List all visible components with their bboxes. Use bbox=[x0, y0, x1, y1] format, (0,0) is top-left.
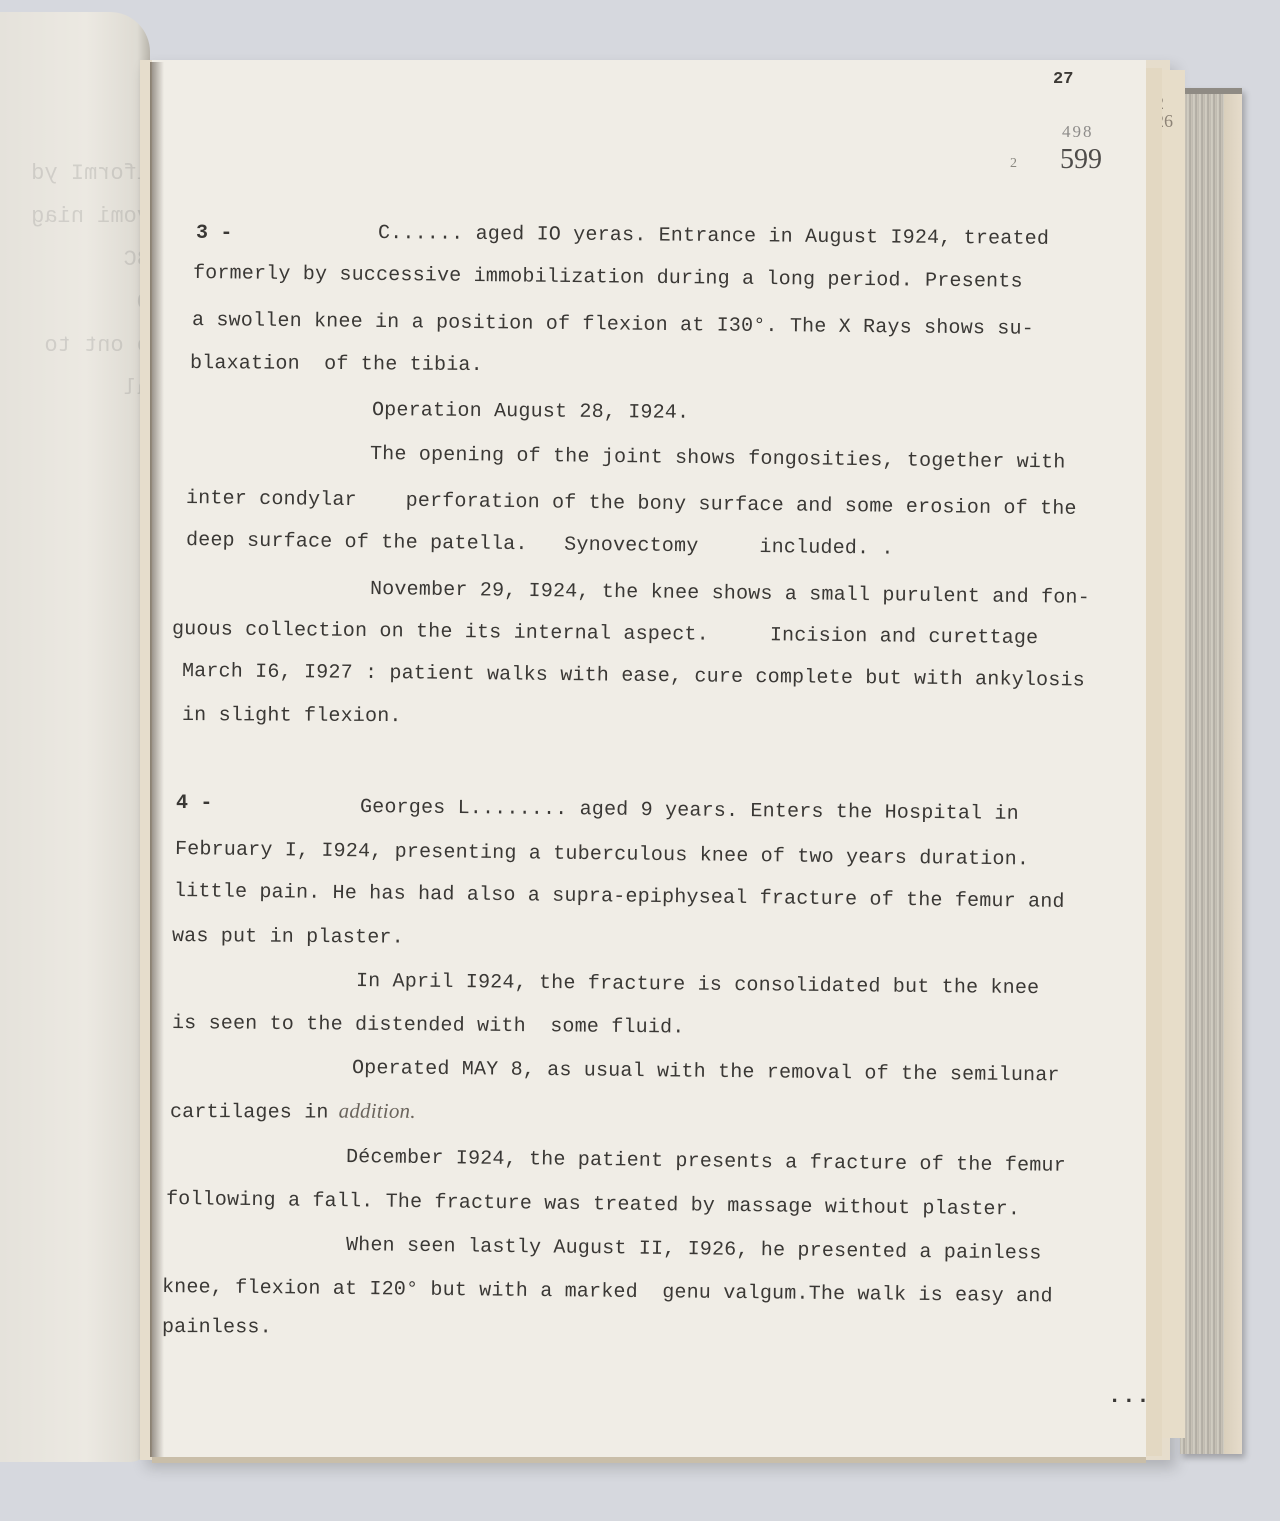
typed-line: in slight flexion. bbox=[182, 704, 402, 728]
spine-shadow bbox=[150, 62, 164, 1457]
typed-text: cartilages in bbox=[170, 1101, 329, 1125]
typed-line: Operation August 28, I924. bbox=[372, 399, 689, 425]
left-page: iformI yd vomi niag 3C O o ont to al bbox=[0, 12, 150, 1462]
typed-line: painless. bbox=[162, 1316, 272, 1339]
folio-mark: 2 bbox=[1010, 156, 1017, 172]
typed-line: cartilages inaddition. bbox=[170, 1098, 416, 1125]
typed-text: painless. bbox=[162, 1316, 272, 1339]
typed-line: is seen to the distended with some fluid… bbox=[172, 1012, 685, 1039]
typed-text: Operation August 28, I924. bbox=[372, 399, 689, 425]
folio-number: 599 bbox=[1060, 144, 1102, 176]
typed-text: was put in plaster. bbox=[172, 925, 404, 950]
typed-text: is seen to the distended with some fluid… bbox=[172, 1012, 685, 1039]
typed-text: blaxation of the tibia. bbox=[190, 352, 483, 377]
case-number: 4 - bbox=[176, 792, 213, 815]
handwritten-annotation: addition. bbox=[339, 1099, 416, 1123]
folio-number-old: 498 bbox=[1062, 122, 1094, 142]
left-page-bleed-through-text: iformI yd vomi niag 3C O o ont to al bbox=[0, 152, 150, 410]
typed-line: was put in plaster. bbox=[172, 925, 404, 950]
continuation-mark: ... bbox=[1108, 1384, 1151, 1409]
page-edges bbox=[1180, 88, 1242, 1454]
typed-text: in slight flexion. bbox=[182, 704, 402, 728]
typed-line: blaxation of the tibia. bbox=[190, 352, 483, 377]
case-number: 3 - bbox=[196, 222, 233, 245]
page-number: 27 bbox=[1053, 70, 1073, 89]
